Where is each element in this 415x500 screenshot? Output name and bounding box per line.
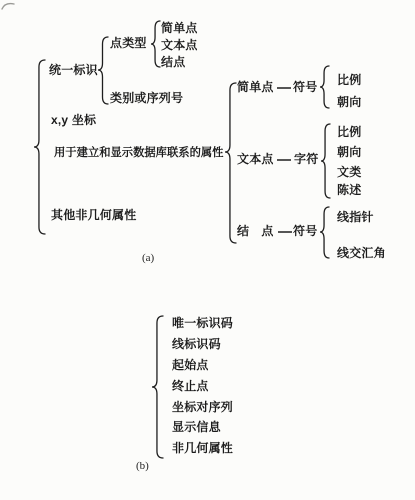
brace-a-simple-leaves: [320, 66, 329, 108]
leaf-node-line-angle: 线交汇角: [337, 247, 386, 260]
leaf-text-scale: 比例: [337, 126, 361, 139]
label-point-type-simple: 简单点: [161, 22, 198, 35]
branch-text-via: 字符: [294, 153, 318, 166]
label-db-link-attr: 用于建立和显示数据库联系的属性: [54, 147, 223, 160]
label-point-type-node: 结点: [161, 56, 185, 69]
leaf-simple-scale: 比例: [337, 74, 361, 87]
scanned-figure: 统一标识 点类型 简单点 文本点 结点 类别或序列号 x,y 坐标 用于建立和显…: [0, 0, 415, 500]
label-point-type-text: 文本点: [161, 39, 198, 52]
b-item-non-geom: 非几何属性: [172, 442, 233, 455]
leaf-simple-orientation: 朝向: [337, 96, 361, 109]
brace-a-attr-branches: [225, 83, 236, 243]
branch-simple-via: 符号: [293, 81, 317, 94]
brace-a-node-leaves: [320, 207, 329, 258]
branch-node-node: 结 点: [237, 225, 274, 238]
brace-a-root: [34, 60, 45, 234]
brace-b-root: [152, 316, 163, 458]
brace-a-point-types: [151, 21, 160, 67]
caption-a: (a): [142, 252, 154, 264]
b-item-display-info: 显示信息: [172, 421, 221, 434]
branch-simple-node: 简单点: [237, 81, 274, 94]
b-item-line-id: 线标识码: [172, 338, 221, 351]
leaf-text-orientation: 朝向: [337, 146, 361, 159]
b-item-start-point: 起始点: [172, 359, 209, 372]
scan-artifact: [2, 4, 14, 9]
branch-text-node: 文本点: [237, 153, 274, 166]
caption-b: (b): [136, 460, 149, 472]
brace-a-unified-children: [98, 37, 108, 104]
b-item-coord-pairs: 坐标对序列: [172, 401, 233, 414]
b-item-unique-id: 唯一标识码: [172, 317, 233, 330]
leaf-node-line-pointer: 线指针: [337, 211, 374, 224]
brace-a-text-leaves: [321, 124, 330, 198]
label-point-type: 点类型: [110, 37, 147, 50]
branch-node-via: 符号: [293, 225, 317, 238]
label-class-or-serial: 类别或序列号: [110, 92, 183, 105]
b-item-end-point: 终止点: [172, 380, 209, 393]
leaf-text-statement: 陈述: [337, 184, 361, 197]
label-xy-coordinate: x,y 坐标: [51, 114, 96, 127]
leaf-text-class: 文类: [337, 166, 361, 179]
label-other-non-geom: 其他非几何属性: [51, 209, 136, 222]
label-unified-id: 统一标识: [49, 64, 98, 77]
